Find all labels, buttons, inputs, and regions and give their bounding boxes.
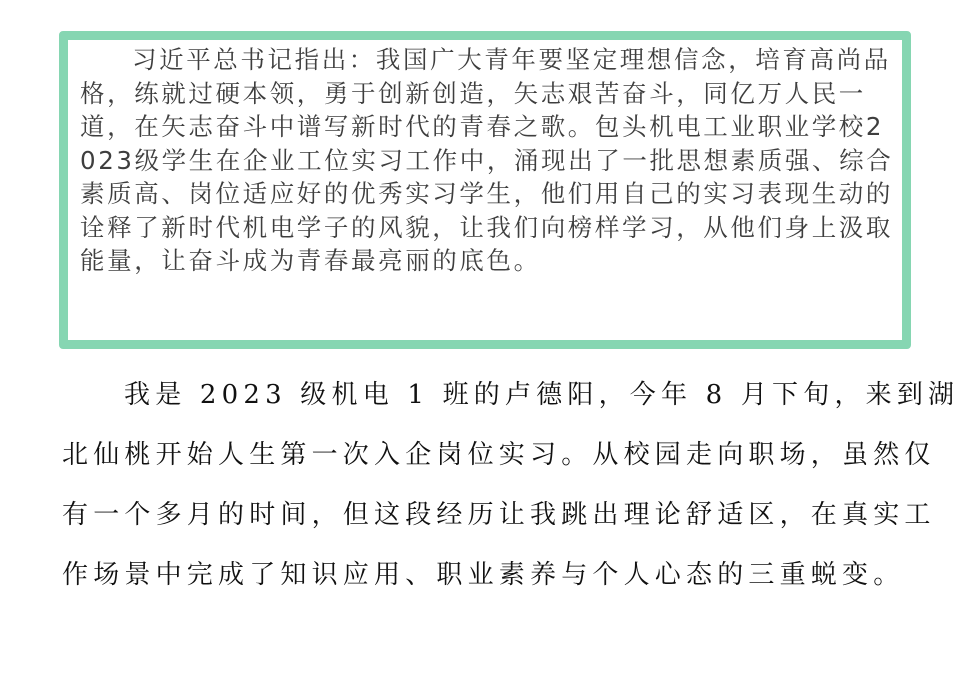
quote-box: 习近平总书记指出：我国广大青年要坚定理想信念，培育高尚品格，练就过硬本领，勇于创…: [59, 31, 911, 349]
quote-text: 习近平总书记指出：我国广大青年要坚定理想信念，培育高尚品格，练就过硬本领，勇于创…: [80, 43, 894, 278]
body-paragraph: 我是 2023 级机电 1 班的卢德阳，今年 8 月下旬，来到湖北仙桃开始人生第…: [62, 365, 962, 605]
